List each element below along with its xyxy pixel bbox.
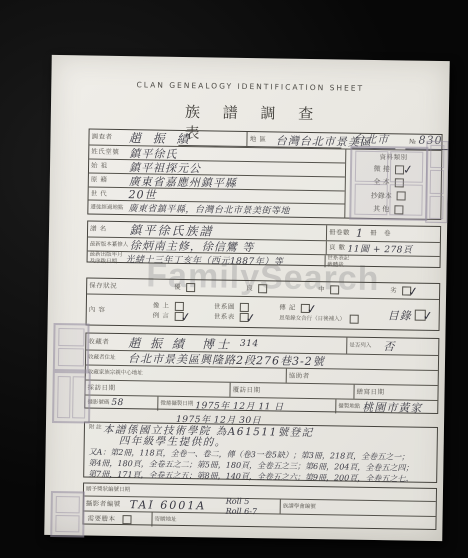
condition-option-label: 良 (244, 285, 255, 292)
photographer-value: 58 (111, 398, 124, 408)
format-cell: 世系表記 載體裁 (324, 255, 440, 269)
owner-note: 314 (240, 339, 259, 349)
seal-glyph (430, 145, 444, 169)
contents-option-foreword: 例 言 ✓ (151, 311, 191, 321)
collector-seal-stamp (349, 146, 428, 221)
first-ancestor-label: 始 祖 (89, 163, 129, 171)
publication-label-line1: 最新出版年月 (88, 251, 126, 258)
seal-glyph (430, 170, 444, 194)
checkbox (122, 515, 131, 524)
checkmark: ✓ (408, 288, 419, 295)
pages-cell: 頁 數 11圖 + 278頁 (326, 241, 440, 256)
publication-value: 光緒十三年丁亥年（西元1887年）等 (125, 252, 324, 268)
volumes-label: 冊卷數 (327, 229, 352, 236)
left-margin-seal-upper (53, 323, 90, 372)
film-number-value: TAI 6001A (130, 498, 226, 513)
seal-glyph (72, 376, 86, 418)
seal-glyph (55, 515, 79, 532)
copy-date-cell: 繕寫日期 (353, 385, 437, 400)
checkbox (258, 284, 267, 293)
index-handwritten: 目錄 (388, 307, 412, 323)
film-date-value: 1975年 12月 11 日 (195, 398, 284, 412)
owner-label: 收藏者 (86, 338, 128, 346)
film-place-cell: 攝製地點 桃園市黃家 (335, 399, 437, 415)
migration-label: 遷徙經過地點 (88, 204, 128, 211)
revisit-date-cell: 覆訪日期 (229, 383, 353, 399)
checkbox (350, 315, 359, 324)
checkbox (330, 285, 339, 294)
publication-label-line2: 及序跋日期 (88, 258, 126, 265)
condition-option-label: 劣 (388, 287, 399, 294)
scanned-form-page: FamilySearch CLAN GENEALOGY IDENTIFICATI… (44, 55, 449, 541)
checkmark: ✓ (422, 312, 433, 319)
surveyor-label: 調查者 (89, 134, 128, 142)
notes-box: 附 註 本譜係國立技術學院 為A61511號登記 四年級學生提供的。 又A：第2… (83, 421, 438, 483)
generations-value: 20世 (128, 186, 156, 202)
condition-option-fair: 中 ✓ (316, 285, 346, 294)
publication-label: 最新出版年月 及序跋日期 (88, 251, 126, 265)
society-number-cell: 族譜學會編號 (280, 500, 436, 516)
helper-label: 協助者 (287, 372, 312, 379)
generations-label: 世 代 (89, 190, 129, 198)
compiler-label: 最新版本纂修人 (88, 241, 130, 248)
checkbox (186, 283, 195, 292)
seal-glyph (58, 348, 84, 366)
clan-center-label: 收藏家族宗親中心地址 (86, 369, 286, 378)
seal-glyph (354, 184, 387, 216)
condition-option-label: 優 (172, 284, 183, 291)
checkmark: ✓ (307, 305, 318, 312)
pages-value: 11圖 + 278頁 (347, 242, 412, 256)
notes-label: 附 註 (87, 425, 104, 431)
migration-value: 廣東省鎮平縣，台灣台北市景美街等地 (128, 201, 290, 217)
contents-col-1: 像 上 ✓ 例 言 ✓ (151, 301, 191, 321)
checkmark: ✓ (180, 313, 191, 320)
listed-label: 是否列入 (347, 343, 373, 349)
english-form-title: CLAN GENEALOGY IDENTIFICATION SHEET (51, 79, 449, 94)
contents-label: 內 容 (87, 306, 151, 314)
migration-row: 遷徙經過地點 廣東省鎮平縣，台灣台北市景美街等地 (88, 199, 344, 217)
collection-table: 收藏者 趙 振 績 博士 314 是否列入 否 收藏者住址 台北市景美區興隆路2… (84, 332, 439, 414)
contents-option-label: 世系表 (212, 313, 237, 320)
contents-option-biography: 傳 記 ✓ (277, 303, 366, 313)
roll-value: Roll 5 (226, 496, 280, 506)
seal-glyph (56, 496, 80, 513)
condition-label: 保存狀況 (87, 282, 151, 290)
condition-option-label: 中 (316, 286, 327, 293)
film-place-value: 桃園市黃家 (362, 399, 422, 416)
seal-glyph (389, 184, 422, 216)
seal-glyph (390, 151, 423, 183)
helper-cell: 協助者 (286, 369, 438, 385)
visit-date-label: 採訪日期 (86, 384, 230, 393)
contents-option-label: 像 上 (151, 302, 172, 309)
revisit-date-label: 覆訪日期 (231, 386, 263, 394)
contents-option-label: 恩榮錄女合行（日後補入） (277, 315, 347, 322)
owner-address-label: 收藏者住址 (86, 354, 128, 361)
listed-cell: 是否列入 否 (346, 338, 438, 355)
volumes-cell: 冊卷數 1 冊 卷 (326, 225, 440, 242)
bottom-left-seal-stamp (50, 491, 85, 538)
owner-address-value: 台北市景美區興隆路2段276巷3-2號 (128, 350, 325, 369)
seal-glyph (58, 328, 84, 346)
send-address-label: 寄贈地址 (152, 517, 178, 523)
listed-value: 否 (383, 338, 395, 354)
edition-table: 譜 名 鎮平徐氏族譜 冊卷數 1 冊 卷 最新版本纂修人 徐炳南主修，徐信鸞 等… (87, 220, 442, 268)
right-edge-seal-stamp (425, 141, 448, 223)
condition-option-excellent: 優 ✓ (172, 283, 202, 292)
film-number-label: 攝影者編號 (84, 500, 130, 508)
checkmark: ✓ (245, 314, 256, 321)
contents-option-label: 傳 記 (277, 304, 298, 311)
contents-option-label: 世系圖 (212, 303, 237, 310)
contents-row: 內 容 像 上 ✓ 例 言 ✓ 世系圖 (87, 293, 439, 331)
pages-label: 頁 數 (327, 244, 348, 251)
left-margin-seal-lower (52, 371, 91, 424)
condition-option-poor: 劣 ✓ (388, 286, 418, 295)
clan-label: 姓氏堂號 (89, 149, 129, 157)
society-number-label: 族譜學會編號 (281, 504, 318, 511)
condition-option-good: 良 ✓ (244, 284, 274, 293)
volumes-suffix: 冊 卷 (368, 230, 393, 237)
contents-option-honors: 恩榮錄女合行（日後補入） ✓ (277, 313, 366, 323)
format-label-line1: 世系表記 (325, 255, 351, 261)
contents-col-2: 世系圖 ✓ 世系表 ✓ (212, 302, 256, 322)
contents-extra-index: 目錄 ✓ (388, 305, 433, 325)
format-label-line2: 載體裁 (325, 262, 351, 268)
copy-date-label: 繕寫日期 (354, 388, 386, 396)
seal-glyph (57, 376, 71, 418)
format-label: 世系表記 載體裁 (325, 255, 351, 268)
condition-table: 保存狀況 優 ✓ 良 ✓ 中 ✓ 劣 (86, 277, 441, 331)
film-place-label: 攝製地點 (336, 403, 362, 409)
origin-label: 原 籍 (89, 177, 129, 185)
area-label: 地 區 (248, 136, 276, 143)
copy-needed-label: 需要謄本 (85, 515, 117, 523)
contents-option-label: 例 言 (151, 312, 172, 319)
seal-glyph (355, 151, 388, 183)
volumes-value: 1 (356, 227, 364, 240)
contents-col-3: 傳 記 ✓ 恩榮錄女合行（日後補入） ✓ (277, 303, 366, 323)
seal-glyph (429, 196, 443, 220)
contents-option-lineage-table: 世系表 ✓ (212, 312, 256, 322)
award-label: 贈予獎狀編號日期 (84, 486, 132, 493)
film-date-cell: 微捲攝製日期 1975年 12月 11 日 (157, 397, 335, 414)
footer-table: 贈予獎狀編號日期 攝影者編號 TAI 6001A Roll 5 Roll 6-7… (82, 482, 437, 530)
film-date-label: 微捲攝製日期 (158, 401, 195, 408)
genealogy-title-label: 譜 名 (88, 225, 129, 233)
